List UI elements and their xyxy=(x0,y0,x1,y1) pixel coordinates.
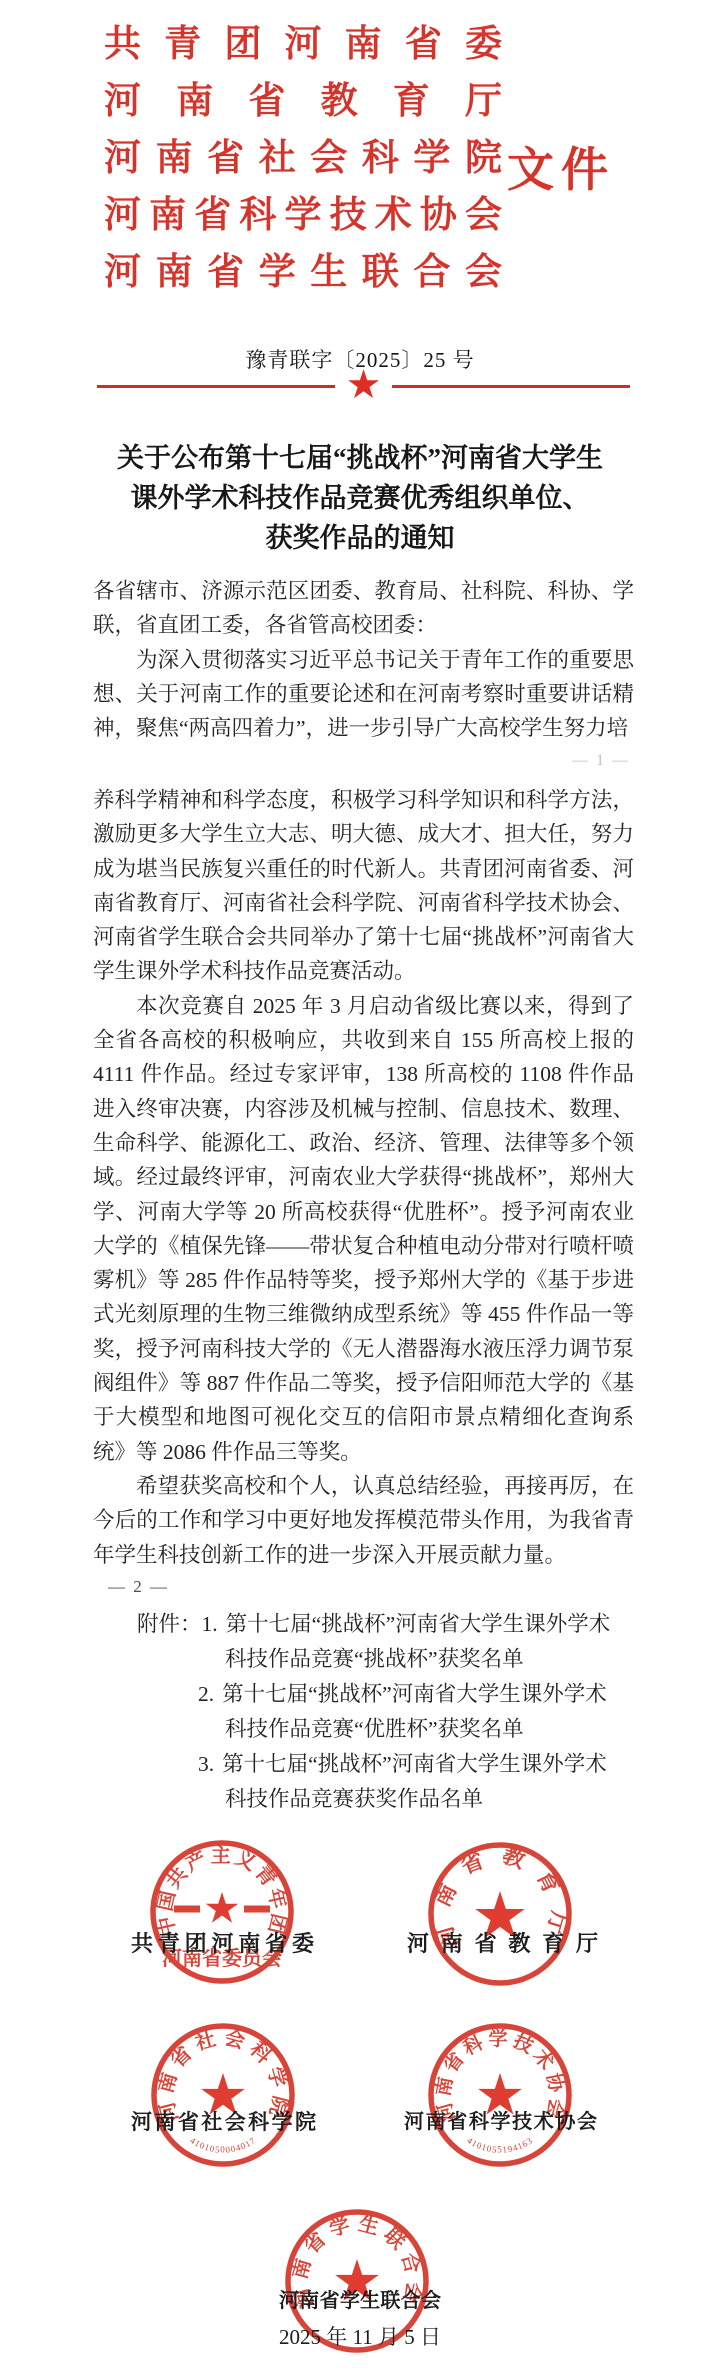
page-number-1: — 1 — xyxy=(572,752,630,770)
attachment-2-text: 第十七届“挑战杯”河南省大学生课外学术 xyxy=(222,1682,607,1706)
paragraph-3: 希望获奖高校和个人，认真总结经验，再接再厉，在今后的工作和学习中更好地发挥模范带… xyxy=(93,1469,634,1572)
document-title: 关于公布第十七届“挑战杯”河南省大学生 课外学术科技作品竞赛优秀组织单位、 获奖… xyxy=(60,438,660,558)
attachment-3-text: 第十七届“挑战杯”河南省大学生课外学术 xyxy=(222,1752,607,1776)
seal-star-with-dashes-icon xyxy=(174,1892,270,1923)
seal-cyl-henan-committee: 中国共产主义青年团 河南省委员会 xyxy=(137,1827,307,1997)
attachment-2-line-2: 科技作品竞赛“优胜杯”获奖名单 xyxy=(137,1712,667,1747)
seal-code-text: 4101050004017 xyxy=(188,2135,257,2155)
org-line-1: 共青团河南省委 xyxy=(104,16,502,73)
star-icon: ★ xyxy=(346,365,382,405)
attachments-label: 附件： xyxy=(137,1612,202,1636)
red-separator-rule: ★ xyxy=(97,368,630,404)
seal-science-technology-association: 河南省科学技术协会 4101055194163 xyxy=(415,2010,585,2180)
attachment-1-line-2: 科技作品竞赛“挑战杯”获奖名单 xyxy=(137,1642,667,1677)
attachment-1-text: 第十七届“挑战杯”河南省大学生课外学术 xyxy=(226,1612,611,1636)
signature-org-2: 河南省教育厅 xyxy=(407,1931,598,1957)
attachment-2-line-1: 2.第十七届“挑战杯”河南省大学生课外学术 xyxy=(137,1677,667,1712)
org-line-5: 河南省学生联合会 xyxy=(104,244,502,301)
attachment-3-line-1: 3.第十七届“挑战杯”河南省大学生课外学术 xyxy=(137,1747,667,1782)
signature-org-4: 河南省科学技术协会 xyxy=(404,2109,597,2135)
attachment-2-number: 2. xyxy=(198,1682,214,1706)
letterhead-org-block: 共青团河南省委 河南省教育厅 河南省社会科学院 河南省科学技术协会 河南省学生联… xyxy=(104,16,502,301)
seal-ring-text: 中国共产主义青年团 xyxy=(152,1844,292,1939)
signature-org-1: 共青团河南省委 xyxy=(131,1931,314,1957)
body-page-2: 养科学精神和科学态度，积极学习科学知识和科学方法，激励更多大学生立大志、明大德、… xyxy=(93,783,634,1572)
attachment-1-line-1: 附件：1.第十七届“挑战杯”河南省大学生课外学术 xyxy=(137,1607,667,1642)
signature-org-3: 河南省社会科学院 xyxy=(131,2109,316,2135)
document-page: { "colors":{ "header_red":"#d6332a", "ru… xyxy=(0,0,720,2371)
body-page-1: 各省辖市、济源示范区团委、教育局、社科院、科协、学联，省直团工委，各省管高校团委… xyxy=(93,574,634,745)
seal-education-department: 河南省教育厅 xyxy=(415,1829,585,1999)
rule-right-segment xyxy=(392,385,630,388)
signature-org-5: 河南省学生联合会 xyxy=(279,2288,441,2314)
title-line-2: 课外学术科技作品竞赛优秀组织单位、 xyxy=(60,478,660,518)
page-number-2: — 2 — xyxy=(108,1577,169,1597)
title-line-1: 关于公布第十七届“挑战杯”河南省大学生 xyxy=(60,438,660,478)
seal-code-text: 4101055194163 xyxy=(465,2135,534,2155)
org-line-4: 河南省科学技术协会 xyxy=(104,187,502,244)
doc-type-label: 文件 xyxy=(507,133,615,200)
attachment-1-number: 1. xyxy=(202,1612,218,1636)
rule-left-segment xyxy=(97,385,335,388)
seal-social-sciences-academy: 河南省社会科学院 4101050004017 xyxy=(138,2010,308,2180)
attachment-3-number: 3. xyxy=(198,1752,214,1776)
paragraph-2: 本次竞赛自 2025 年 3 月启动省级比赛以来，得到了全省各高校的积极响应，共… xyxy=(93,989,634,1469)
salutation: 各省辖市、济源示范区团委、教育局、社科院、科协、学联，省直团工委，各省管高校团委… xyxy=(93,574,634,643)
attachment-3-line-2: 科技作品竞赛获奖作品名单 xyxy=(137,1782,667,1817)
org-line-3: 河南省社会科学院 xyxy=(104,130,502,187)
attachments-list: 附件：1.第十七届“挑战杯”河南省大学生课外学术 科技作品竞赛“挑战杯”获奖名单… xyxy=(137,1607,667,1817)
paragraph-1-part-2: 养科学精神和科学态度，积极学习科学知识和科学方法，激励更多大学生立大志、明大德、… xyxy=(93,783,634,989)
org-line-2: 河南省教育厅 xyxy=(104,73,502,130)
title-line-3: 获奖作品的通知 xyxy=(60,518,660,558)
paragraph-1-part-1: 为深入贯彻落实习近平总书记关于青年工作的重要思想、关于河南工作的重要论述和在河南… xyxy=(93,643,634,746)
signature-date: 2025 年 11 月 5 日 xyxy=(262,2321,458,2351)
